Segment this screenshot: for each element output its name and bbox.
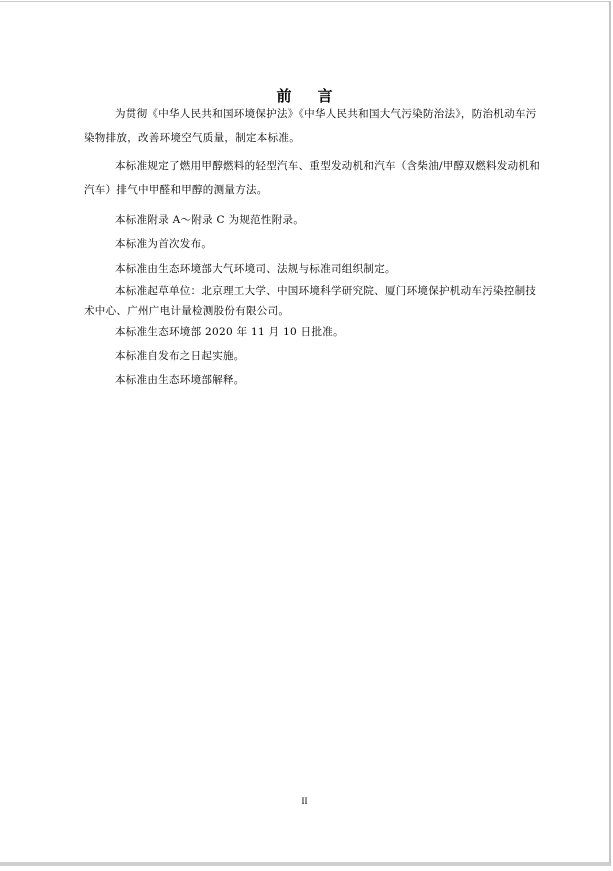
paragraph-approval: 本标准生态环境部 2020 年 11 月 10 日批准。: [84, 320, 544, 344]
page-number: II: [0, 796, 609, 806]
document-page: 前言 为贯彻《中华人民共和国环境保护法》《中华人民共和国大气污染防治法》，防治机…: [0, 1, 611, 866]
paragraph-organizer: 本标准由生态环境部大气环境司、法规与标准司组织制定。: [84, 257, 544, 281]
paragraph-scope: 本标准规定了燃用甲醇燃料的轻型汽车、重型发动机和汽车（含柴油/甲醇双燃料发动机和…: [84, 154, 544, 202]
paragraph-appendix: 本标准附录 A～附录 C 为规范性附录。: [84, 208, 544, 232]
paragraph-interpretation: 本标准由生态环境部解释。: [84, 368, 544, 392]
paragraph-effective: 本标准自发布之日起实施。: [84, 344, 544, 368]
paragraph-purpose: 为贯彻《中华人民共和国环境保护法》《中华人民共和国大气污染防治法》，防治机动车污…: [84, 102, 544, 150]
paragraph-drafters: 本标准起草单位：北京理工大学、中国环境科学研究院、厦门环境保护机动车污染控制技术…: [84, 281, 544, 321]
paragraph-first-release: 本标准为首次发布。: [84, 232, 544, 256]
